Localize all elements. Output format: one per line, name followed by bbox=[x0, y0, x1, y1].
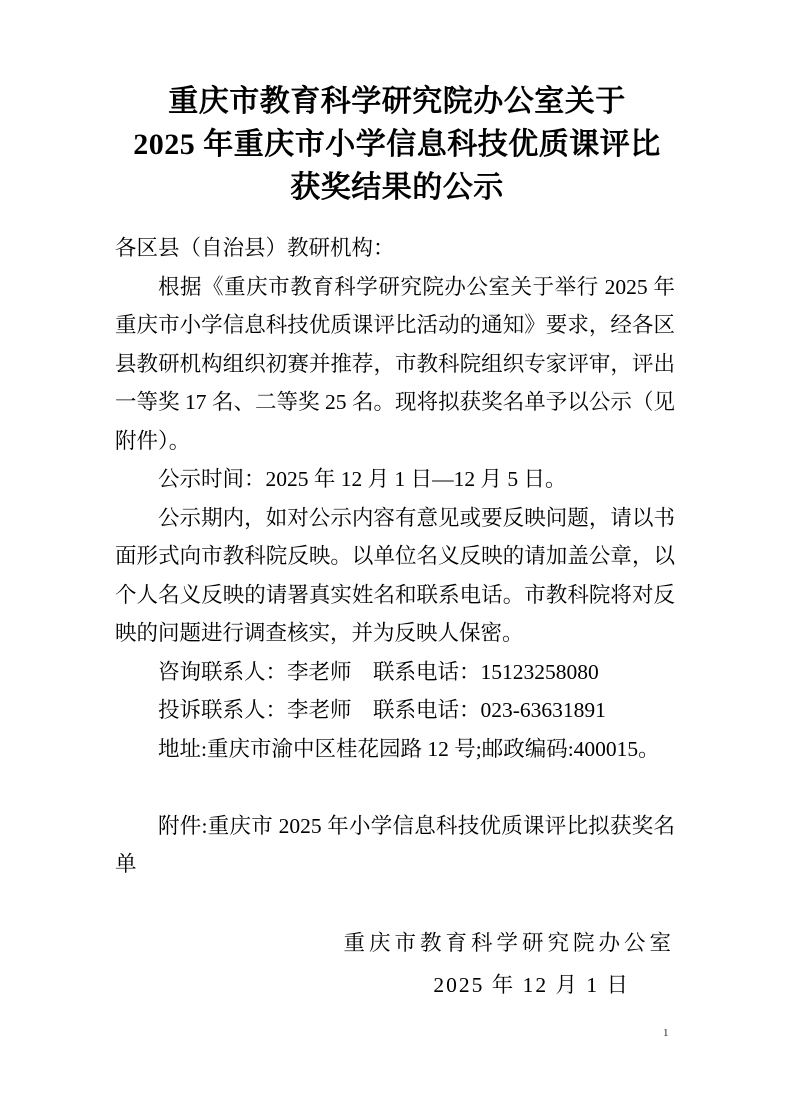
paragraph: 各区县（自治县）教研机构： bbox=[115, 229, 675, 268]
document-body: 各区县（自治县）教研机构：根据《重庆市教育科学研究院办公室关于举行 2025 年… bbox=[115, 229, 675, 884]
signature-date: 2025 年 12 月 1 日 bbox=[115, 964, 675, 1006]
title-line-1: 重庆市教育科学研究院办公室关于 bbox=[60, 80, 734, 123]
document-page: 重庆市教育科学研究院办公室关于 2025 年重庆市小学信息科技优质课评比 获奖结… bbox=[0, 0, 794, 1108]
paragraph: 咨询联系人：李老师 联系电话：15123258080 bbox=[115, 653, 675, 692]
title-line-3: 获奖结果的公示 bbox=[60, 166, 734, 209]
title-line-2: 2025 年重庆市小学信息科技优质课评比 bbox=[60, 123, 734, 166]
paragraph: 公示时间：2025 年 12 月 1 日—12 月 5 日。 bbox=[115, 460, 675, 499]
paragraph: 地址:重庆市渝中区桂花园路 12 号;邮政编码:400015。 bbox=[115, 730, 675, 769]
page-number: 1 bbox=[663, 1026, 669, 1040]
document-title: 重庆市教育科学研究院办公室关于 2025 年重庆市小学信息科技优质课评比 获奖结… bbox=[60, 80, 734, 209]
signature-block: 重庆市教育科学研究院办公室 2025 年 12 月 1 日 bbox=[115, 922, 675, 1006]
paragraph: 公示期内，如对公示内容有意见或要反映问题，请以书面形式向市教科院反映。以单位名义… bbox=[115, 499, 675, 653]
paragraph: 根据《重庆市教育科学研究院办公室关于举行 2025 年重庆市小学信息科技优质课评… bbox=[115, 268, 675, 461]
signature-organization: 重庆市教育科学研究院办公室 bbox=[115, 922, 675, 964]
paragraph: 投诉联系人：李老师 联系电话：023-63631891 bbox=[115, 691, 675, 730]
paragraph: 附件:重庆市 2025 年小学信息科技优质课评比拟获奖名单 bbox=[115, 807, 675, 884]
